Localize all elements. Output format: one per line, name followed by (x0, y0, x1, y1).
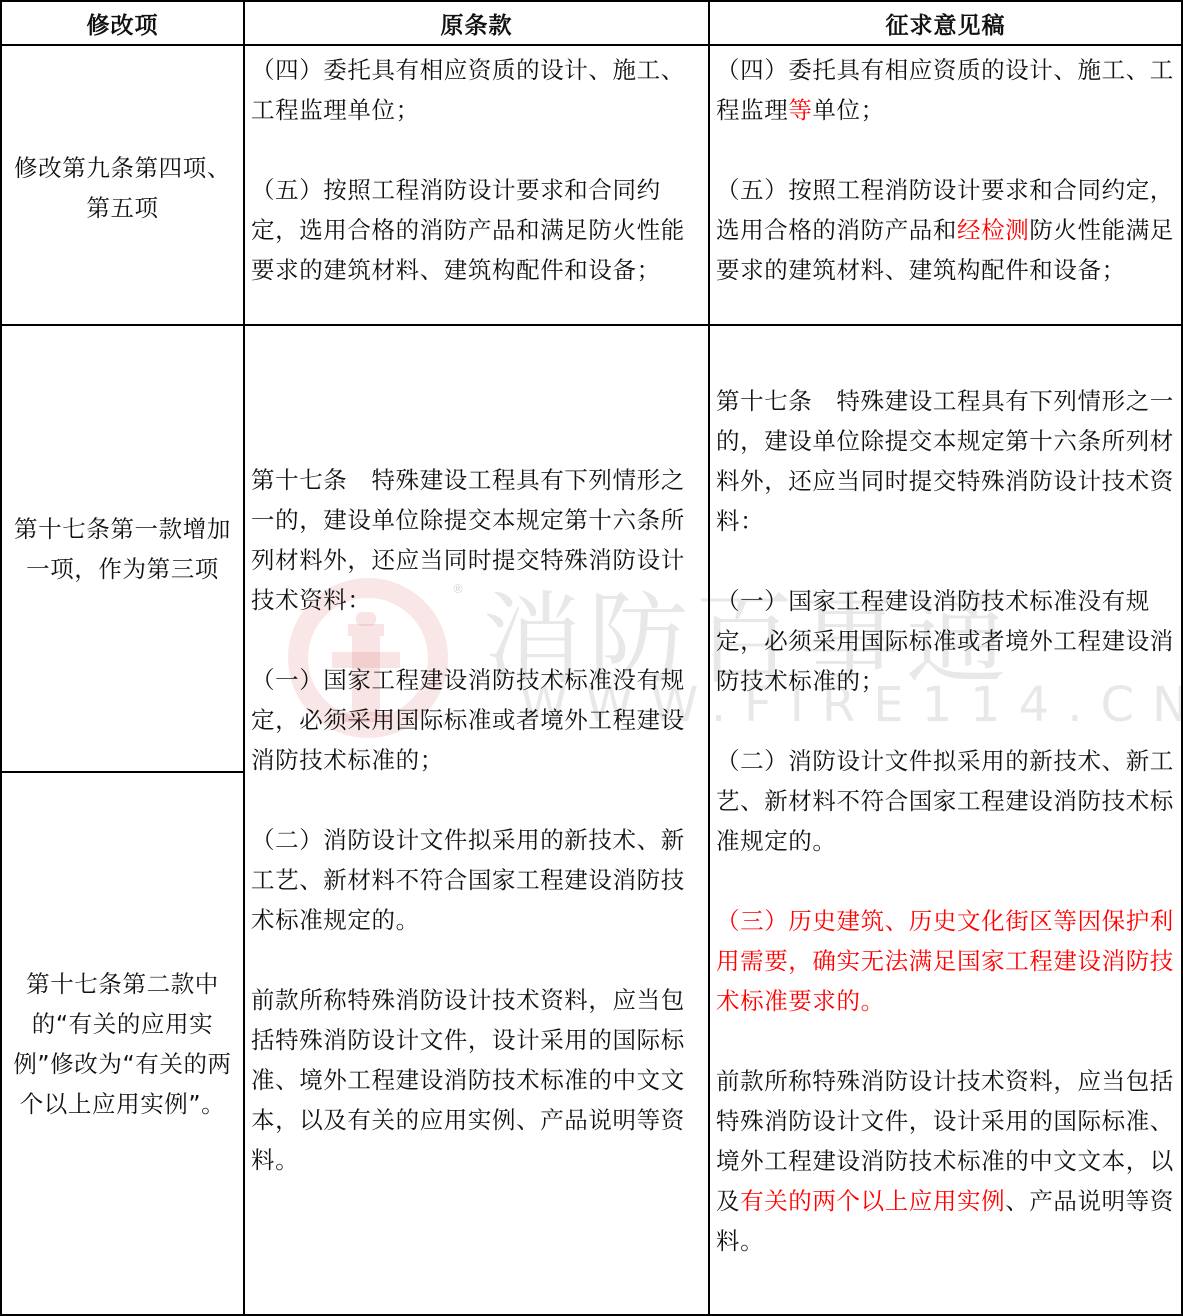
draft-added-text: 经检测 (957, 216, 1029, 244)
row1-change-item: 修改第九条第四项、第五项 (0, 44, 245, 326)
draft-added-text: 有关的两个以上应用实例 (740, 1187, 1005, 1215)
draft-text: 单位； (812, 96, 884, 124)
comparison-table: 消防百事通 WWW.FIRE114.CN ® 修改项 原条款 征求意见稿 修改第… (0, 0, 1183, 1316)
row1-draft: （四）委托具有相应资质的设计、施工、工程监理等单位； （五）按照工程消防设计要求… (708, 44, 1183, 326)
original-article-17: 第十七条 特殊建设工程具有下列情形之一的，建设单位除提交本规定第十六条所列材料外… (251, 460, 690, 620)
row2b-change-item: 第十七条第二款中的“有关的应用实例”修改为“有关的两个以上应用实例”。 (0, 771, 245, 1316)
original-para-5: （五）按照工程消防设计要求和合同约定，选用合格的消防产品和满足防火性能要求的建筑… (251, 170, 690, 290)
row1-original-clause: （四）委托具有相应资质的设计、施工、工程监理单位； （五）按照工程消防设计要求和… (243, 44, 710, 326)
draft-item-3-added: （三）历史建筑、历史文化街区等因保护利用需要，确实无法满足国家工程建设消防技术标… (716, 901, 1175, 1021)
row2-draft: 第十七条 特殊建设工程具有下列情形之一的，建设单位除提交本规定第十六条所列材料外… (708, 324, 1183, 1316)
header-draft: 征求意见稿 (708, 0, 1183, 46)
row2-original-clause: 第十七条 特殊建设工程具有下列情形之一的，建设单位除提交本规定第十六条所列材料外… (243, 324, 710, 1316)
original-item-2: （二）消防设计文件拟采用的新技术、新工艺、新材料不符合国家工程建设消防技术标准规… (251, 820, 690, 940)
draft-article-17: 第十七条 特殊建设工程具有下列情形之一的，建设单位除提交本规定第十六条所列材料外… (716, 381, 1175, 541)
draft-para-5: （五）按照工程消防设计要求和合同约定，选用合格的消防产品和经检测防火性能满足要求… (716, 170, 1175, 290)
row2a-change-item: 第十七条第一款增加一项，作为第三项 (0, 324, 245, 773)
draft-added-text: 等 (788, 96, 812, 124)
original-item-1: （一）国家工程建设消防技术标准没有规定，必须采用国际标准或者境外工程建设消防技术… (251, 660, 690, 780)
original-para-materials: 前款所称特殊消防设计技术资料，应当包括特殊消防设计文件，设计采用的国际标准、境外… (251, 980, 690, 1180)
header-change-item: 修改项 (0, 0, 245, 46)
change-item-text: 修改第九条第四项、第五项 (10, 148, 235, 228)
change-item-text: 第十七条第二款中的“有关的应用实例”修改为“有关的两个以上应用实例”。 (10, 964, 235, 1124)
draft-item-1: （一）国家工程建设消防技术标准没有规定，必须采用国际标准或者境外工程建设消防技术… (716, 581, 1175, 701)
change-item-text: 第十七条第一款增加一项，作为第三项 (10, 509, 235, 589)
original-para-4: （四）委托具有相应资质的设计、施工、工程监理单位； (251, 50, 690, 130)
draft-para-materials: 前款所称特殊消防设计技术资料，应当包括特殊消防设计文件，设计采用的国际标准、境外… (716, 1061, 1175, 1261)
draft-para-4: （四）委托具有相应资质的设计、施工、工程监理等单位； (716, 50, 1175, 130)
header-original-clause: 原条款 (243, 0, 710, 46)
draft-text: （四）委托具有相应资质的设计、施工、工程监理 (716, 56, 1174, 124)
draft-item-2: （二）消防设计文件拟采用的新技术、新工艺、新材料不符合国家工程建设消防技术标准规… (716, 741, 1175, 861)
